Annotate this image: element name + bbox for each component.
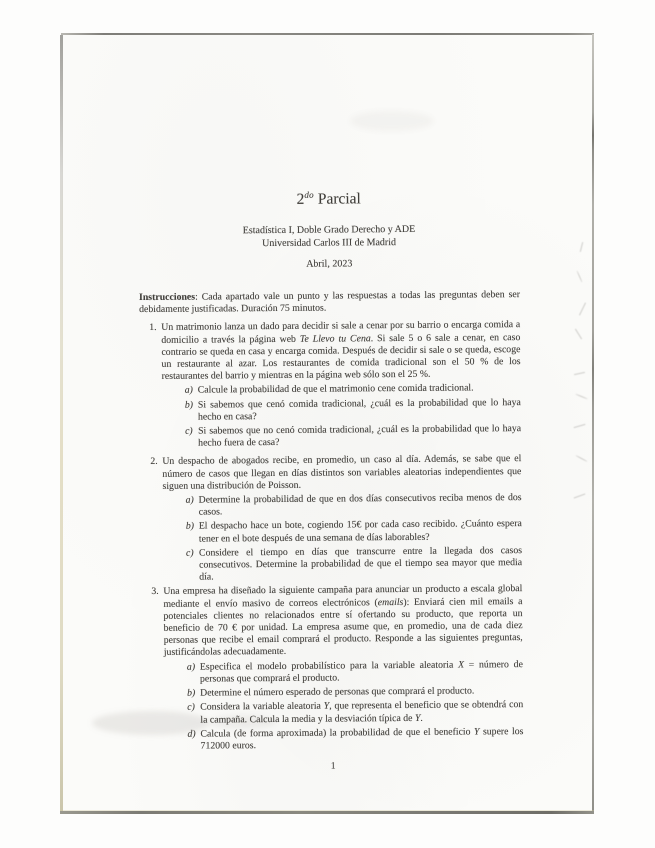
text-segment: Especifica el modelo probabilístico para… — [200, 659, 458, 672]
text-segment: . — [420, 712, 423, 723]
part-text: Si sabemos que cenó comida tradicional, … — [198, 397, 521, 423]
part-label: b) — [186, 521, 194, 533]
university-line: Universidad Carlos III de Madrid — [139, 235, 520, 251]
problem-number: 1. — [149, 322, 156, 334]
text-segment: Un despacho de abogados recibe, en prome… — [162, 453, 521, 491]
problem-parts: a) Calcule la probabilidad de que el mat… — [162, 382, 521, 450]
instructions-label: Instrucciones — [139, 292, 195, 303]
instructions: Instrucciones: Cada apartado vale un pun… — [139, 289, 520, 316]
part-label: a) — [185, 385, 193, 397]
problem-part: c) Considera la variable aleatoria Y, qu… — [164, 699, 523, 726]
text-segment: Determine la probabilidad de que en dos … — [199, 492, 522, 518]
part-label: c) — [186, 547, 194, 559]
problem-list: 1. Un matrimonio lanza un dado para deci… — [139, 319, 523, 753]
exam-title: 2doParcial — [138, 184, 519, 210]
problem-part: a) Determine la probabilidad de que en d… — [163, 492, 522, 519]
problem-part: b) Determine el número esperado de perso… — [164, 685, 523, 700]
problem-number: 2. — [150, 456, 157, 468]
problem-parts: a) Determine la probabilidad de que en d… — [163, 492, 523, 584]
part-text: Si sabemos que no cenó comida tradiciona… — [198, 423, 521, 449]
problem-part: a) Especifica el modelo probabilístico p… — [164, 659, 523, 686]
part-label: c) — [187, 702, 195, 714]
problem-statement: Un despacho de abogados recibe, en prome… — [162, 453, 521, 492]
part-label: c) — [185, 426, 193, 438]
part-label: d) — [187, 728, 195, 740]
exam-page: 2doParcial Estadística I, Doble Grado De… — [62, 35, 592, 811]
text-segment: El despacho hace un bote, cogiendo 15€ p… — [199, 519, 522, 545]
title-ordinal-suffix: do — [304, 190, 313, 200]
problem-part: b) El despacho hace un bote, cogiendo 15… — [163, 519, 522, 546]
instructions-body: : Cada apartado vale un punto y las resp… — [139, 289, 520, 315]
problem-parts: a) Especifica el modelo probabilístico p… — [164, 659, 524, 753]
scanner-background: 2doParcial Estadística I, Doble Grado De… — [0, 0, 655, 848]
part-label: b) — [187, 688, 195, 700]
problem-statement: Un matrimonio lanza un dado para decidir… — [161, 319, 520, 383]
italic-text-segment: Te Llevo tu Cena — [300, 333, 371, 345]
problem-part: c) Si sabemos que no cenó comida tradici… — [162, 423, 521, 450]
part-text: Determine la probabilidad de que en dos … — [199, 492, 522, 518]
problem: 1. Un matrimonio lanza un dado para deci… — [139, 319, 521, 450]
exam-content: 2doParcial Estadística I, Doble Grado De… — [59, 33, 595, 813]
date-line: Abril, 2023 — [139, 257, 520, 272]
text-segment: Determine el número esperado de personas… — [200, 686, 474, 699]
problem-part: c) Considere el tiempo en días que trans… — [163, 545, 522, 584]
part-label: a) — [186, 495, 194, 507]
problem-part: d) Calcula (de forma aproximada) la prob… — [164, 726, 523, 753]
part-text: El despacho hace un bote, cogiendo 15€ p… — [199, 519, 522, 545]
problem-part: a) Calcule la probabilidad de que el mat… — [162, 382, 521, 397]
part-text: Calcula (de forma aproximada) la probabi… — [200, 726, 523, 752]
problem: 2. Un despacho de abogados recibe, en pr… — [140, 453, 522, 584]
text-segment: Considera la variable aleatoria — [200, 701, 324, 713]
italic-text-segment: emails — [378, 597, 404, 608]
text-segment: Si sabemos que no cenó comida tradiciona… — [198, 423, 521, 449]
part-text: Especifica el modelo probabilístico para… — [200, 659, 523, 685]
text-segment: Considere el tiempo en días que transcur… — [199, 545, 522, 583]
part-text: Considere el tiempo en días que transcur… — [199, 545, 522, 583]
problem-number: 3. — [151, 586, 158, 598]
problem-statement: Una empresa ha diseñado la siguiente cam… — [163, 584, 523, 660]
part-label: b) — [185, 399, 193, 411]
problem-part: b) Si sabemos que cenó comida tradiciona… — [162, 397, 521, 424]
text-segment: Calcula (de forma aproximada) la probabi… — [200, 726, 474, 739]
text-segment: Calcule la probabilidad de que el matrim… — [198, 383, 474, 396]
page-number: 1 — [143, 759, 524, 774]
title-text: Parcial — [318, 190, 361, 207]
part-text: Calcule la probabilidad de que el matrim… — [198, 383, 474, 396]
part-label: a) — [187, 661, 195, 673]
part-text: Considera la variable aleatoria Y, que r… — [200, 699, 523, 725]
part-text: Determine el número esperado de personas… — [200, 686, 474, 699]
text-segment: Si sabemos que cenó comida tradicional, … — [198, 397, 521, 423]
problem: 3. Una empresa ha diseñado la siguiente … — [141, 584, 523, 754]
